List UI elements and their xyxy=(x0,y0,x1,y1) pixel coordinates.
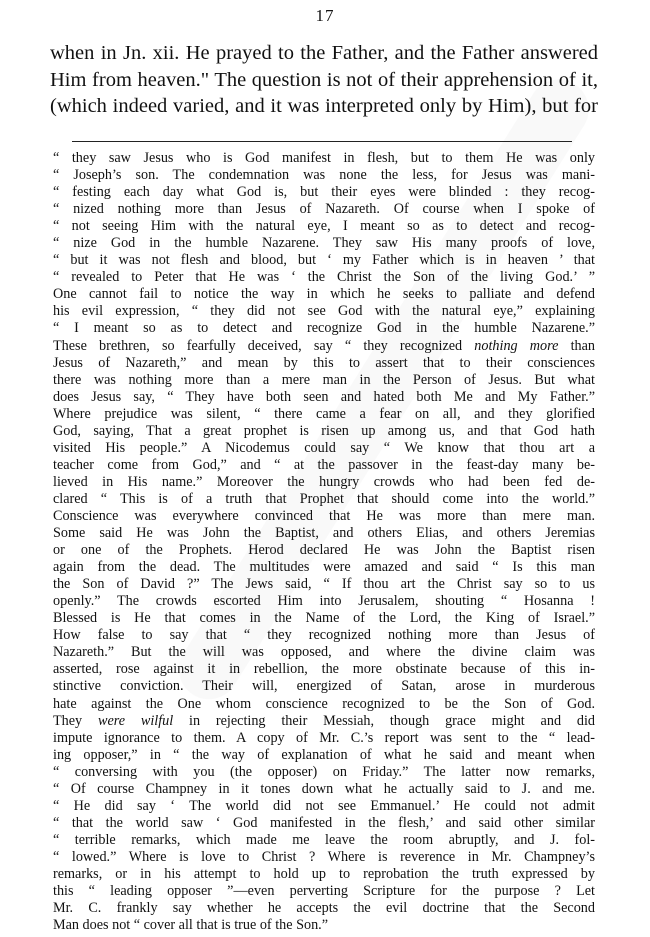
body-line: hate against the One whom conscience rec… xyxy=(53,696,595,713)
body-line: ing opposer,” in “ the way of explanatio… xyxy=(53,747,595,764)
lead-paragraph: when in Jn. xii. He prayed to the Father… xyxy=(50,40,598,120)
body-line: lieved in His name.” Moreover the hungry… xyxy=(53,474,595,491)
page-number: 17 xyxy=(0,6,650,26)
body-line: this “ leading opposer ”—even perverting… xyxy=(53,883,595,900)
body-line: Some said He was John the Baptist, and o… xyxy=(53,525,595,542)
body-line: How false to say that “ they recognized … xyxy=(53,627,595,644)
body-line: does Jesus say, “ They have both seen an… xyxy=(53,389,595,406)
body-line: stinctive conviction. Their will, energi… xyxy=(53,678,595,695)
body-line: One cannot fail to notice the way in whi… xyxy=(53,286,595,303)
body-line: “ Joseph’s son. The condemnation was non… xyxy=(53,167,595,184)
body-line: Mr. C. frankly say whether he accepts th… xyxy=(53,900,595,917)
body-line: “ conversing with you (the opposer) on F… xyxy=(53,764,595,781)
quoted-body-text: “ they saw Jesus who is God manifest in … xyxy=(53,150,595,934)
body-line: the Son of David ?” The Jews said, “ If … xyxy=(53,576,595,593)
body-line: his evil expression, “ they did not see … xyxy=(53,303,595,320)
body-line: openly.” The crowds escorted Him into Je… xyxy=(53,593,595,610)
body-line: again from the dead. The multitudes were… xyxy=(53,559,595,576)
lead-line: Him from heaven." The question is not of… xyxy=(50,67,598,94)
body-line: or one of the Prophets. Herod declared H… xyxy=(53,542,595,559)
body-line: impute ignorance to them. A copy of Mr. … xyxy=(53,730,595,747)
body-line: “ revealed to Peter that He was ‘ the Ch… xyxy=(53,269,595,286)
body-line: Jesus of Nazareth,” and mean by this to … xyxy=(53,355,595,372)
body-line: Conscience was everywhere convinced that… xyxy=(53,508,595,525)
body-line: “ but it was not flesh and blood, but ‘ … xyxy=(53,252,595,269)
body-line: clared “ This is of a truth that Prophet… xyxy=(53,491,595,508)
body-line: These brethren, so fearfully deceived, s… xyxy=(53,338,595,355)
body-line: They were wilful in rejecting their Mess… xyxy=(53,713,595,730)
body-line: “ festing each day what God is, but thei… xyxy=(53,184,595,201)
body-line: “ He did say ‘ The world did not see Emm… xyxy=(53,798,595,815)
lead-line: (which indeed varied, and it was interpr… xyxy=(50,93,598,120)
body-line: “ Of course Champney in it tones down wh… xyxy=(53,781,595,798)
body-line: “ that the world saw ‘ God manifested in… xyxy=(53,815,595,832)
italic-emphasis: were wilful xyxy=(98,713,173,729)
body-line: “ lowed.” Where is love to Christ ? Wher… xyxy=(53,849,595,866)
body-line: asserted, rose against it in rebellion, … xyxy=(53,661,595,678)
body-line: “ nized nothing more than Jesus of Nazar… xyxy=(53,201,595,218)
body-line: Blessed is He that comes in the Name of … xyxy=(53,610,595,627)
body-line: Man does not “ cover all that is true of… xyxy=(53,917,595,934)
body-line: “ terrible remarks, which made me leave … xyxy=(53,832,595,849)
body-line: Where prejudice was silent, “ there came… xyxy=(53,406,595,423)
lead-line: when in Jn. xii. He prayed to the Father… xyxy=(50,40,598,67)
body-line: “ they saw Jesus who is God manifest in … xyxy=(53,150,595,167)
body-line: there was nothing more than a mere man i… xyxy=(53,372,595,389)
body-line: God, saying, That a great prophet is ris… xyxy=(53,423,595,440)
footnote-divider xyxy=(72,141,572,142)
body-line: visited His people.” A Nicodemus could s… xyxy=(53,440,595,457)
body-line: teacher come from God,” and “ at the pas… xyxy=(53,457,595,474)
body-line: Nazareth.” But the will was opposed, and… xyxy=(53,644,595,661)
body-line: “ I meant so as to detect and recognize … xyxy=(53,320,595,337)
body-line: “ nize God in the humble Nazarene. They … xyxy=(53,235,595,252)
italic-emphasis: nothing more xyxy=(474,338,558,354)
body-line: “ not seeing Him with the natural eye, I… xyxy=(53,218,595,235)
body-line: remarks, or in his attempt to hold up to… xyxy=(53,866,595,883)
